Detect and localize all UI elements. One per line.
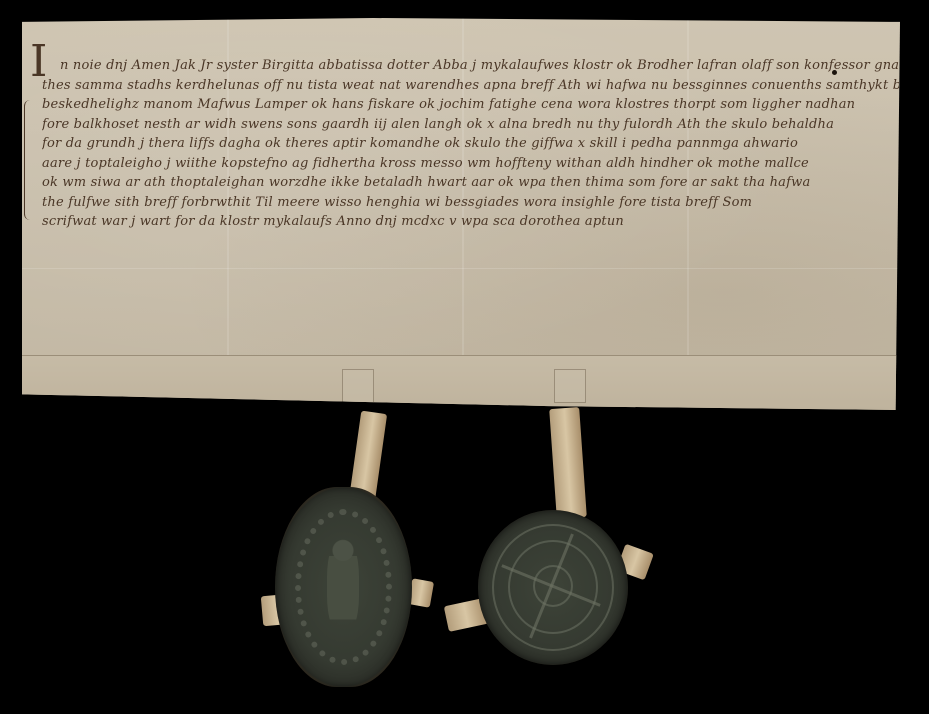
text-line: for da grundh j thera liffs dagha ok the… — [42, 134, 899, 154]
charter-text: n noie dnj Amen Jak Jr syster Birgitta a… — [42, 56, 899, 232]
text-line: ok wm siwa ar ath thoptaleighan worzdhe … — [42, 173, 899, 193]
text-line: the fulfwe sith breff forbrwthit Til mee… — [42, 193, 899, 213]
text-line: n noie dnj Amen Jak Jr syster Birgitta a… — [42, 56, 899, 76]
fold-line — [22, 268, 900, 269]
seal-slit-left — [342, 369, 374, 403]
text-line: fore balkhoset nesth ar widh swens sons … — [42, 115, 899, 135]
right-seal — [478, 510, 628, 665]
text-line: thes samma stadhs kerdhelunas off nu tis… — [42, 76, 899, 96]
text-line: scrifwat war j wart for da klostr mykala… — [42, 212, 899, 232]
text-line: beskedhelighz manom Mafwus Lamper ok han… — [42, 95, 899, 115]
saint-figure-icon — [327, 539, 359, 634]
seal-tag-right — [549, 407, 587, 519]
text-line: aare j toptaleigho j wiithe kopstefno ag… — [42, 154, 899, 174]
left-seal — [275, 487, 412, 687]
initial-flourish — [24, 100, 35, 220]
plica-fold — [22, 355, 900, 410]
seal-slit-right — [554, 369, 586, 403]
